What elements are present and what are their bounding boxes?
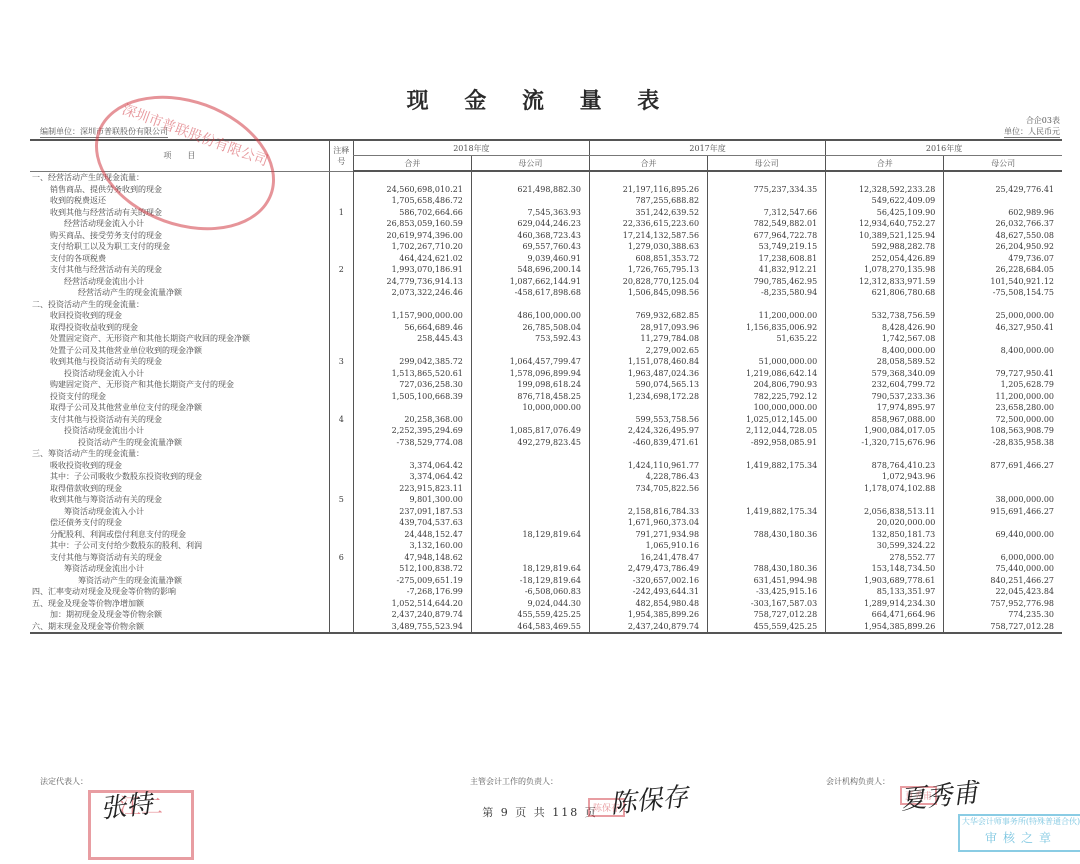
row-value: 621,498,882.30 (471, 184, 589, 196)
row-value (708, 171, 826, 184)
row-value: 1,065,910.16 (589, 540, 707, 552)
row-label: 购买商品、接受劳务支付的现金 (30, 230, 329, 242)
row-value: 204,806,790.93 (708, 379, 826, 391)
row-value: 24,779,736,914.13 (353, 276, 471, 288)
row-value: 464,424,621.02 (353, 253, 471, 265)
row-value: 4,228,786.43 (589, 471, 707, 483)
row-note (329, 368, 353, 380)
row-value: 10,389,521,125.94 (826, 230, 944, 242)
row-label: 六、期末现金及现金等价物余额 (30, 621, 329, 634)
row-value (708, 483, 826, 495)
row-label: 二、投资活动产生的现金流量： (30, 299, 329, 311)
row-value: 775,237,334.35 (708, 184, 826, 196)
row-value: 108,563,908.79 (944, 425, 1062, 437)
row-value: 56,425,109.90 (826, 207, 944, 219)
row-value (353, 448, 471, 460)
row-note (329, 184, 353, 196)
table-row: 支付给职工以及为职工支付的现金1,702,267,710.2069,557,76… (30, 241, 1062, 253)
row-label: 其中：子公司支付给少数股东的股利、利润 (30, 540, 329, 552)
row-value: 1,954,385,899.26 (589, 609, 707, 621)
row-value: 22,045,423.84 (944, 586, 1062, 598)
row-value (471, 483, 589, 495)
row-value: 1,742,567.08 (826, 333, 944, 345)
row-value: 840,251,466.27 (944, 575, 1062, 587)
row-value (589, 402, 707, 414)
row-value: 2,279,002.65 (589, 345, 707, 357)
row-value: 727,036,258.30 (353, 379, 471, 391)
row-value: 1,702,267,710.20 (353, 241, 471, 253)
accounting-head-label: 会计机构负责人： (826, 776, 890, 787)
row-value: 85,133,351.97 (826, 586, 944, 598)
row-note (329, 391, 353, 403)
row-value: -18,129,819.64 (471, 575, 589, 587)
row-label: 加：期初现金及现金等价物余额 (30, 609, 329, 621)
row-label: 分配股利、利润或偿付利息支付的现金 (30, 529, 329, 541)
row-value: 758,727,012.28 (708, 609, 826, 621)
row-value: 223,915,823.11 (353, 483, 471, 495)
row-label: 收到其他与筹资活动有关的现金 (30, 494, 329, 506)
row-value (589, 494, 707, 506)
row-value: 26,204,950.92 (944, 241, 1062, 253)
row-value (471, 460, 589, 472)
row-value: 237,091,187.53 (353, 506, 471, 518)
row-value: -1,320,715,676.96 (826, 437, 944, 449)
row-value: -303,167,587.03 (708, 598, 826, 610)
row-value: 18,129,819.64 (471, 563, 589, 575)
row-value: 26,032,766.37 (944, 218, 1062, 230)
row-value: 69,440,000.00 (944, 529, 1062, 541)
table-row: 筹资活动产生的现金流量净额-275,009,651.19-18,129,819.… (30, 575, 1062, 587)
row-note (329, 540, 353, 552)
row-value (944, 299, 1062, 311)
row-value (826, 299, 944, 311)
row-value: 1,963,487,024.36 (589, 368, 707, 380)
row-label: 经营活动产生的现金流量净额 (30, 287, 329, 299)
row-value: 38,000,000.00 (944, 494, 1062, 506)
row-value (471, 494, 589, 506)
row-value (708, 195, 826, 207)
row-value: 17,974,895.97 (826, 402, 944, 414)
row-label: 支付给职工以及为职工支付的现金 (30, 241, 329, 253)
row-value: 1,578,096,899.94 (471, 368, 589, 380)
row-value (471, 471, 589, 483)
row-value: 56,664,689.46 (353, 322, 471, 334)
row-value (471, 195, 589, 207)
row-value: 48,627,550.08 (944, 230, 1062, 242)
row-value: 258,445.43 (353, 333, 471, 345)
row-value: 621,806,780.68 (826, 287, 944, 299)
row-value: -892,958,085.91 (708, 437, 826, 449)
row-label: 取得投资收益收到的现金 (30, 322, 329, 334)
row-note: 6 (329, 552, 353, 564)
table-row: 收回投资收到的现金1,157,900,000.00486,100,000.007… (30, 310, 1062, 322)
table-row: 支付其他与投资活动有关的现金420,258,368.00599,553,758.… (30, 414, 1062, 426)
row-note: 1 (329, 207, 353, 219)
row-value: 1,505,100,668.39 (353, 391, 471, 403)
row-note (329, 299, 353, 311)
row-value (944, 333, 1062, 345)
row-value (944, 517, 1062, 529)
row-note (329, 517, 353, 529)
row-note (329, 575, 353, 587)
audit-seal-line1: 大华会计师事务所(特殊普通合伙) (962, 817, 1080, 826)
row-value: -275,009,651.19 (353, 575, 471, 587)
row-value: 25,429,776.41 (944, 184, 1062, 196)
table-row: 经营活动现金流出小计24,779,736,914.131,087,662,144… (30, 276, 1062, 288)
row-value (708, 471, 826, 483)
chief-accountant-label: 主管会计工作的负责人： (470, 776, 558, 787)
row-value: 1,085,817,076.49 (471, 425, 589, 437)
row-value: 72,500,000.00 (944, 414, 1062, 426)
table-row: 取得子公司及其他营业单位支付的现金净额10,000,000.00100,000,… (30, 402, 1062, 414)
row-value: 8,400,000.00 (944, 345, 1062, 357)
row-value: 100,000,000.00 (708, 402, 826, 414)
row-note (329, 529, 353, 541)
row-value: 492,279,823.45 (471, 437, 589, 449)
row-value: -7,268,176.99 (353, 586, 471, 598)
row-value: 2,073,322,246.46 (353, 287, 471, 299)
row-label: 取得借款收到的现金 (30, 483, 329, 495)
row-value: -8,235,580.94 (708, 287, 826, 299)
header-sub-consolidated: 合并 (353, 156, 471, 172)
row-value: 20,619,974,396.00 (353, 230, 471, 242)
table-row: 处置固定资产、无形资产和其他长期资产收回的现金净额258,445.43753,5… (30, 333, 1062, 345)
row-value: 41,832,912.21 (708, 264, 826, 276)
row-value: 1,072,943.96 (826, 471, 944, 483)
row-value: 1,289,914,234.30 (826, 598, 944, 610)
row-value: 3,374,064.42 (353, 460, 471, 472)
row-value: 23,658,280.00 (944, 402, 1062, 414)
row-value: 1,671,960,373.04 (589, 517, 707, 529)
row-value: 3,489,755,523.94 (353, 621, 471, 634)
row-value: 1,151,078,460.84 (589, 356, 707, 368)
row-label: 收回投资收到的现金 (30, 310, 329, 322)
table-row: 吸收投资收到的现金3,374,064.421,424,110,961.771,4… (30, 460, 1062, 472)
row-value: 1,157,900,000.00 (353, 310, 471, 322)
row-value: 22,336,615,223.60 (589, 218, 707, 230)
row-value: 915,691,466.27 (944, 506, 1062, 518)
row-note (329, 425, 353, 437)
header-sub-parent: 母公司 (471, 156, 589, 172)
row-value: 11,279,784.08 (589, 333, 707, 345)
table-row: 五、现金及现金等价物净增加额1,052,514,644.209,024,044.… (30, 598, 1062, 610)
row-value (944, 471, 1062, 483)
row-value (944, 448, 1062, 460)
table-row: 取得借款收到的现金223,915,823.11734,705,822.561,1… (30, 483, 1062, 495)
row-label: 取得子公司及其他营业单位支付的现金净额 (30, 402, 329, 414)
row-value: 1,506,845,098.56 (589, 287, 707, 299)
row-value (589, 448, 707, 460)
row-value: 791,271,934.98 (589, 529, 707, 541)
row-value: 24,560,698,010.21 (353, 184, 471, 196)
row-note (329, 276, 353, 288)
row-value (589, 299, 707, 311)
row-value: 18,129,819.64 (471, 529, 589, 541)
row-value (471, 448, 589, 460)
row-value (471, 506, 589, 518)
row-value: -33,425,915.16 (708, 586, 826, 598)
legal-rep-signature: 张特 (98, 783, 154, 825)
row-note: 2 (329, 264, 353, 276)
row-value: 3,374,064.42 (353, 471, 471, 483)
row-note: 5 (329, 494, 353, 506)
row-value (589, 171, 707, 184)
row-value: 2,056,838,513.11 (826, 506, 944, 518)
table-row: 六、期末现金及现金等价物余额3,489,755,523.94464,583,46… (30, 621, 1062, 634)
row-value: 790,537,233.36 (826, 391, 944, 403)
header-year-2018: 2018年度 (353, 140, 589, 156)
table-row: 二、投资活动产生的现金流量： (30, 299, 1062, 311)
row-value: 878,764,410.23 (826, 460, 944, 472)
row-label: 筹资活动产生的现金流量净额 (30, 575, 329, 587)
row-value: 590,074,565.13 (589, 379, 707, 391)
row-value: 876,718,458.25 (471, 391, 589, 403)
row-value (708, 494, 826, 506)
row-value: 788,430,180.36 (708, 529, 826, 541)
row-value: 858,967,088.00 (826, 414, 944, 426)
row-value: 455,559,425.25 (471, 609, 589, 621)
row-value: 1,219,086,642.14 (708, 368, 826, 380)
row-note (329, 241, 353, 253)
row-value (471, 299, 589, 311)
row-value: -75,508,154.75 (944, 287, 1062, 299)
row-value: 69,557,760.43 (471, 241, 589, 253)
row-value: 1,025,012,145.00 (708, 414, 826, 426)
table-row: 支付的各项税费464,424,621.029,039,460.91608,851… (30, 253, 1062, 265)
row-value: 11,200,000.00 (944, 391, 1062, 403)
row-value: 1,903,689,778.61 (826, 575, 944, 587)
table-row: 四、汇率变动对现金及现金等价物的影响-7,268,176.99-6,508,06… (30, 586, 1062, 598)
row-value: 1,156,835,006.92 (708, 322, 826, 334)
row-value: 199,098,618.24 (471, 379, 589, 391)
row-value: 20,828,770,125.04 (589, 276, 707, 288)
row-value: -28,835,958.38 (944, 437, 1062, 449)
row-value: 464,583,469.55 (471, 621, 589, 634)
row-value: 1,726,765,795.13 (589, 264, 707, 276)
row-value (826, 494, 944, 506)
table-row: 经营活动产生的现金流量净额2,073,322,246.46-458,617,89… (30, 287, 1062, 299)
row-value: 53,749,219.15 (708, 241, 826, 253)
row-label: 支付其他与投资活动有关的现金 (30, 414, 329, 426)
row-value: 9,039,460.91 (471, 253, 589, 265)
row-value: 3,132,160.00 (353, 540, 471, 552)
row-value: 1,064,457,799.47 (471, 356, 589, 368)
row-value: 1,078,270,135.98 (826, 264, 944, 276)
row-note (329, 333, 353, 345)
table-row: 其中：子公司吸收少数股东投资收到的现金3,374,064.424,228,786… (30, 471, 1062, 483)
header-sub-parent: 母公司 (708, 156, 826, 172)
row-value: 20,020,000.00 (826, 517, 944, 529)
row-value: 586,702,664.66 (353, 207, 471, 219)
row-value: 12,312,833,971.59 (826, 276, 944, 288)
row-value (471, 414, 589, 426)
row-value: -320,657,002.16 (589, 575, 707, 587)
row-value (353, 171, 471, 184)
row-value: 482,854,980.48 (589, 598, 707, 610)
row-note (329, 230, 353, 242)
row-value (708, 345, 826, 357)
table-row: 收到其他与投资活动有关的现金3299,042,385.721,064,457,7… (30, 356, 1062, 368)
row-note (329, 506, 353, 518)
row-value: 1,900,084,017.05 (826, 425, 944, 437)
row-note (329, 609, 353, 621)
row-value: 12,934,640,752.27 (826, 218, 944, 230)
cash-flow-rows: 一、经营活动产生的现金流量：销售商品、提供劳务收到的现金24,560,698,0… (30, 171, 1062, 633)
row-value (471, 552, 589, 564)
header-sub-parent: 母公司 (944, 156, 1062, 172)
row-label: 购建固定资产、无形资产和其他长期资产支付的现金 (30, 379, 329, 391)
row-note (329, 171, 353, 184)
row-note (329, 253, 353, 265)
header-sub-consolidated: 合并 (589, 156, 707, 172)
row-label: 筹资活动现金流出小计 (30, 563, 329, 575)
row-value: 1,705,658,486.72 (353, 195, 471, 207)
row-note (329, 448, 353, 460)
row-label: 四、汇率变动对现金及现金等价物的影响 (30, 586, 329, 598)
row-value: 677,964,722.78 (708, 230, 826, 242)
row-value: 2,112,044,728.05 (708, 425, 826, 437)
row-value: 592,988,282.78 (826, 241, 944, 253)
row-label: 投资活动产生的现金流量净额 (30, 437, 329, 449)
row-value (708, 517, 826, 529)
row-value: 17,214,132,587.56 (589, 230, 707, 242)
row-value: 24,448,152.47 (353, 529, 471, 541)
row-note (329, 345, 353, 357)
table-row: 分配股利、利润或偿付利息支付的现金24,448,152.4718,129,819… (30, 529, 1062, 541)
table-row: 投资活动现金流出小计2,252,395,294.691,085,817,076.… (30, 425, 1062, 437)
row-value: 532,738,756.59 (826, 310, 944, 322)
row-note (329, 483, 353, 495)
row-value: 132,850,181.73 (826, 529, 944, 541)
row-value: 664,471,664.96 (826, 609, 944, 621)
row-value: 1,087,662,144.91 (471, 276, 589, 288)
row-value: 512,100,838.72 (353, 563, 471, 575)
audit-seal-stamp: 大华会计师事务所(特殊普通合伙) 审核之章 (958, 814, 1080, 852)
form-code: 合企03表 (1026, 115, 1060, 126)
row-value: 1,954,385,899.26 (826, 621, 944, 634)
row-value: 12,328,592,233.28 (826, 184, 944, 196)
table-row: 投资活动产生的现金流量净额-738,529,774.08492,279,823.… (30, 437, 1062, 449)
row-label: 五、现金及现金等价物净增加额 (30, 598, 329, 610)
legal-representative-label: 法定代表人： (40, 776, 88, 787)
currency-unit: 单位：人民币元 (1004, 126, 1060, 138)
row-note (329, 586, 353, 598)
table-row: 取得投资收益收到的现金56,664,689.4626,785,508.0428,… (30, 322, 1062, 334)
row-value: 486,100,000.00 (471, 310, 589, 322)
row-value: 17,238,608.81 (708, 253, 826, 265)
row-value: 299,042,385.72 (353, 356, 471, 368)
row-label: 投资活动现金流入小计 (30, 368, 329, 380)
row-value: 629,044,246.23 (471, 218, 589, 230)
row-value: 599,553,758.56 (589, 414, 707, 426)
audit-seal-line2: 审核之章 (960, 829, 1080, 846)
table-row: 购买商品、接受劳务支付的现金20,619,974,396.00460,368,7… (30, 230, 1062, 242)
row-value: 101,540,921.12 (944, 276, 1062, 288)
row-value (944, 356, 1062, 368)
row-value (944, 171, 1062, 184)
row-value: 1,205,628.79 (944, 379, 1062, 391)
row-value: 753,592.43 (471, 333, 589, 345)
row-note (329, 621, 353, 634)
row-value: 8,428,426.90 (826, 322, 944, 334)
row-value: 46,327,950.41 (944, 322, 1062, 334)
row-value: 16,241,478.47 (589, 552, 707, 564)
row-value: 631,451,994.98 (708, 575, 826, 587)
row-value: 439,704,537.63 (353, 517, 471, 529)
header-year-2016: 2016年度 (826, 140, 1062, 156)
row-value: 9,801,300.00 (353, 494, 471, 506)
row-value: 7,545,363.93 (471, 207, 589, 219)
row-note (329, 437, 353, 449)
row-label: 三、筹资活动产生的现金流量： (30, 448, 329, 460)
row-value: 2,437,240,879.74 (353, 609, 471, 621)
row-value (944, 195, 1062, 207)
row-value (353, 402, 471, 414)
row-label: 支付其他与经营活动有关的现金 (30, 264, 329, 276)
row-value: 26,785,508.04 (471, 322, 589, 334)
row-value: 30,599,324.22 (826, 540, 944, 552)
row-value (708, 552, 826, 564)
row-value: 2,479,473,786.49 (589, 563, 707, 575)
row-value (471, 345, 589, 357)
row-value: 51,635.22 (708, 333, 826, 345)
row-value: 769,932,682.85 (589, 310, 707, 322)
row-label: 投资活动现金流出小计 (30, 425, 329, 437)
row-value (826, 448, 944, 460)
row-value: 2,437,240,879.74 (589, 621, 707, 634)
row-value: 758,727,012.28 (944, 621, 1062, 634)
row-note (329, 379, 353, 391)
row-value: 75,440,000.00 (944, 563, 1062, 575)
row-value: 10,000,000.00 (471, 402, 589, 414)
row-value (708, 299, 826, 311)
table-row: 投资支付的现金1,505,100,668.39876,718,458.251,2… (30, 391, 1062, 403)
row-value: 278,552.77 (826, 552, 944, 564)
table-row: 处置子公司及其他营业单位收到的现金净额2,279,002.658,400,000… (30, 345, 1062, 357)
row-value (708, 540, 826, 552)
row-value: 1,419,882,175.34 (708, 506, 826, 518)
row-label: 支付的各项税费 (30, 253, 329, 265)
row-value: -738,529,774.08 (353, 437, 471, 449)
row-value: -242,493,644.31 (589, 586, 707, 598)
row-value: 2,252,395,294.69 (353, 425, 471, 437)
table-row: 三、筹资活动产生的现金流量： (30, 448, 1062, 460)
row-label: 处置固定资产、无形资产和其他长期资产收回的现金净额 (30, 333, 329, 345)
row-label: 处置子公司及其他营业单位收到的现金净额 (30, 345, 329, 357)
row-value (944, 540, 1062, 552)
row-value: -460,839,471.61 (589, 437, 707, 449)
row-value: 460,368,723.43 (471, 230, 589, 242)
table-row: 支付其他与经营活动有关的现金21,993,070,186.91548,696,2… (30, 264, 1062, 276)
row-value: 47,948,148.62 (353, 552, 471, 564)
table-row: 其中：子公司支付给少数股东的股利、利润3,132,160.001,065,910… (30, 540, 1062, 552)
row-value: 351,242,639.52 (589, 207, 707, 219)
row-value: 1,234,698,172.28 (589, 391, 707, 403)
row-value: 549,622,409.09 (826, 195, 944, 207)
table-row: 支付其他与筹资活动有关的现金647,948,148.6216,241,478.4… (30, 552, 1062, 564)
row-value: 51,000,000.00 (708, 356, 826, 368)
row-note (329, 287, 353, 299)
header-year-2017: 2017年度 (589, 140, 825, 156)
table-row: 购建固定资产、无形资产和其他长期资产支付的现金727,036,258.30199… (30, 379, 1062, 391)
row-value: 734,705,822.56 (589, 483, 707, 495)
row-value: 1,424,110,961.77 (589, 460, 707, 472)
row-value: 1,993,070,186.91 (353, 264, 471, 276)
row-value: 1,513,865,520.61 (353, 368, 471, 380)
row-note: 4 (329, 414, 353, 426)
row-note (329, 195, 353, 207)
table-row: 筹资活动现金流出小计512,100,838.7218,129,819.642,4… (30, 563, 1062, 575)
